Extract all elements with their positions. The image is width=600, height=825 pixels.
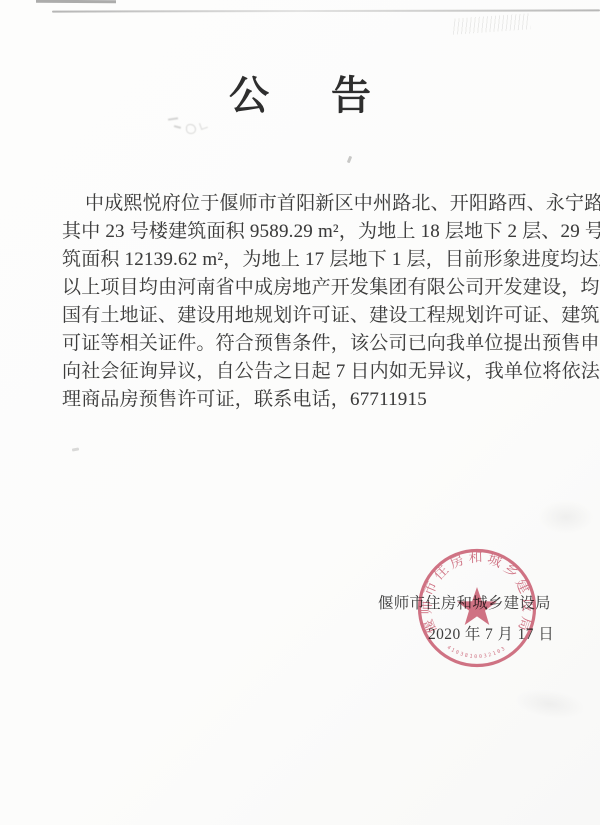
scan-artifact bbox=[72, 447, 79, 451]
seal-star-icon bbox=[457, 587, 497, 625]
body-line: 中成熙悦府位于偃师市首阳新区中州路北、开阳路西、永宁路南， bbox=[62, 190, 546, 218]
title-char-1: 公 bbox=[229, 76, 269, 116]
body-line: 理商品房预售许可证，联系电话，67711915 bbox=[62, 386, 546, 414]
scan-artifact bbox=[36, 0, 116, 3]
scan-artifact bbox=[513, 685, 586, 722]
body-line: 国有土地证、建设用地规划许可证、建设工程规划许可证、建筑施工许 bbox=[62, 302, 546, 330]
body-line: 以上项目均由河南省中成房地产开发集团有限公司开发建设，均已取得 bbox=[62, 274, 546, 302]
body-line: 其中 23 号楼建筑面积 9589.29 m²，为地上 18 层地下 2 层、2… bbox=[62, 218, 546, 246]
scan-artifact bbox=[538, 500, 594, 534]
body-line: 可证等相关证件。符合预售条件，该公司已向我单位提出预售申请，现 bbox=[62, 330, 546, 358]
title-char-2: 告 bbox=[331, 76, 371, 116]
body-line: 筑面积 12139.62 m²，为地上 17 层地下 1 层，目前形象进度均达到… bbox=[62, 246, 546, 274]
body-line: 向社会征询异议，自公告之日起 7 日内如无异议，我单位将依法给予办 bbox=[62, 358, 546, 386]
scanned-page: 公 告 中成熙悦府位于偃师市首阳新区中州路北、开阳路西、永宁路南， 其中 23 … bbox=[0, 0, 600, 825]
scan-artifact bbox=[347, 156, 352, 164]
scan-artifact bbox=[52, 9, 600, 12]
announcement-body: 中成熙悦府位于偃师市首阳新区中州路北、开阳路西、永宁路南， 其中 23 号楼建筑… bbox=[62, 190, 546, 414]
page-title: 公 告 bbox=[0, 76, 600, 116]
scan-artifact bbox=[452, 13, 531, 34]
pencil-smudge-artifact bbox=[166, 116, 214, 138]
seal-code-text: 4103810032103 bbox=[446, 645, 507, 660]
official-seal: 偃师市住房和城乡建设局 4103810032103 bbox=[416, 546, 542, 674]
